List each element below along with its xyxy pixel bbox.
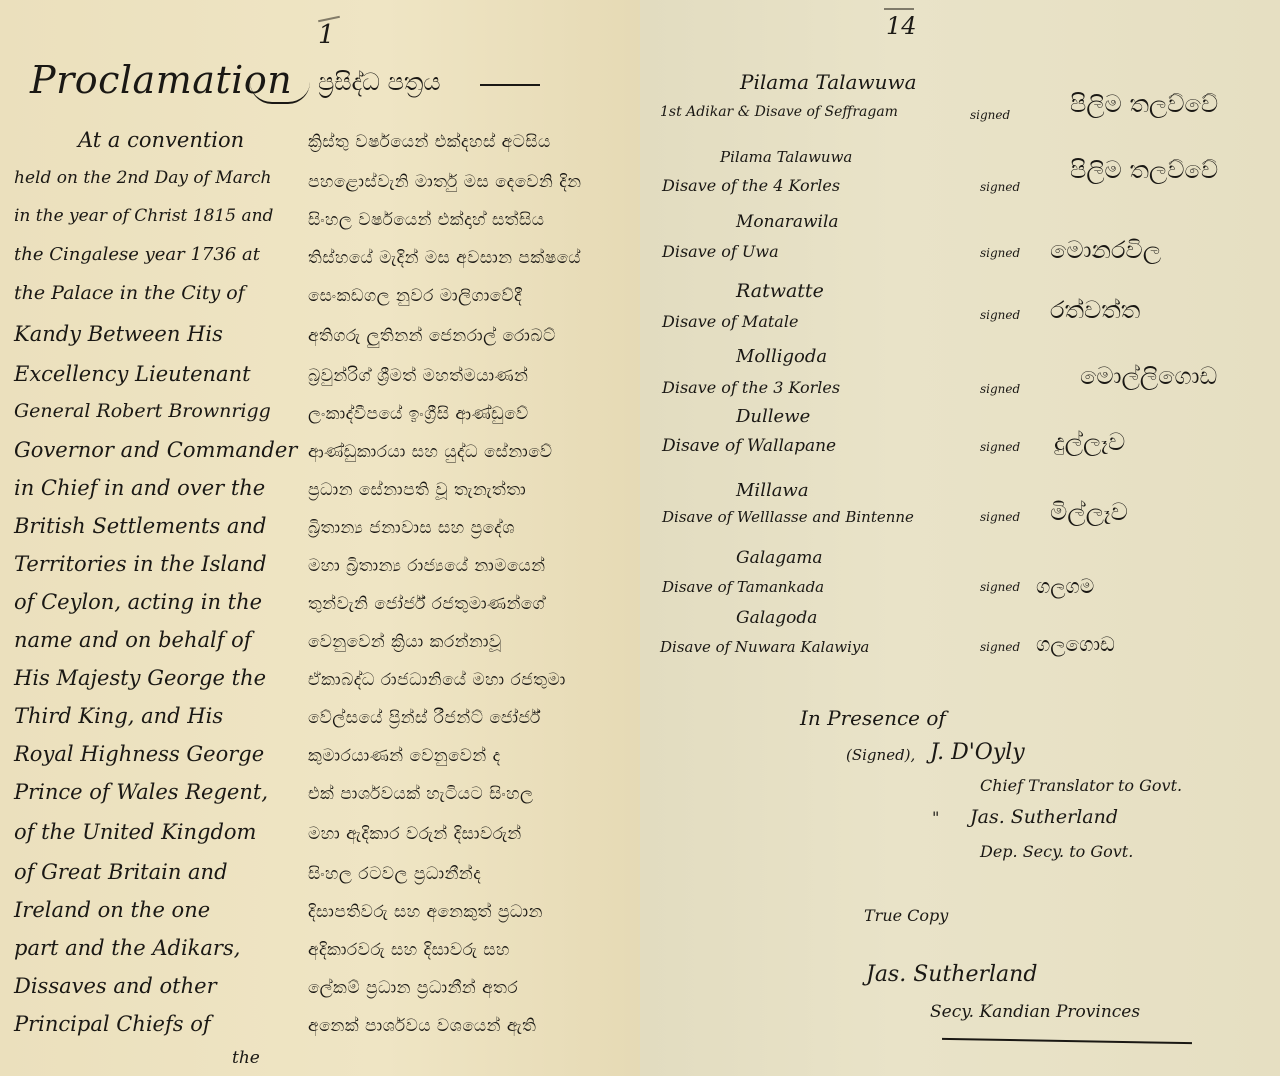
true-copy-label: True Copy xyxy=(864,906,948,925)
text-line: in the year of Christ 1815 and සිංහල වර්… xyxy=(14,206,634,246)
line-english: Prince of Wales Regent, xyxy=(14,780,268,804)
catchword: the xyxy=(232,1048,260,1068)
sinhala-signature: මොල්ලිගොඩ xyxy=(1080,362,1217,390)
text-line: Prince of Wales Regent, එක් පාර්ශවයක් හැ… xyxy=(14,780,634,820)
ditto-mark: " xyxy=(932,808,939,827)
line-sinhala: දිසාපතිවරු සහ අනෙකුත් ප්‍රධාන xyxy=(308,902,543,922)
line-english: of Great Britain and xyxy=(14,860,228,884)
line-english: part and the Adikars, xyxy=(14,936,240,960)
text-line: At a convention ක්‍රිස්තු වර්ෂයෙන් එක්දහ… xyxy=(14,128,634,168)
attestation-signature: Jas. Sutherland xyxy=(866,962,1037,987)
sinhala-signature: පිලිම තලව්වේ xyxy=(1070,156,1218,184)
line-sinhala: වෙනුවෙන් ක්‍රියා කරන්නාවූ xyxy=(308,632,502,652)
text-line: Royal Highness George කුමාරයාණන් වෙනුවෙන… xyxy=(14,742,634,782)
line-sinhala: අදිකාරවරු සහ දිසාවරු සහ xyxy=(308,940,510,960)
line-sinhala: එක් පාර්ශවයක් හැටියට සිංහල xyxy=(308,784,533,804)
line-english: At a convention xyxy=(78,128,244,152)
left-page: 1 Proclamation ප්‍රසිද්ධ පත්‍රය At a con… xyxy=(0,0,640,1076)
line-sinhala: මහා බ්‍රිතාන්‍ය රාජ්‍යයේ නාමයෙන් xyxy=(308,556,546,576)
line-sinhala: තුන්වැනි ජෝර්ජ් රජතුමාණන්ගේ xyxy=(308,594,545,614)
text-line: the Cingalese year 1736 at තිස්හයේ මැදින… xyxy=(14,244,634,284)
witness-heading: In Presence of xyxy=(800,706,946,730)
text-line: name and on behalf of වෙනුවෙන් ක්‍රියා ක… xyxy=(14,628,634,668)
signatory-name: Ratwatte xyxy=(736,280,824,302)
sinhala-signature: ගලගම xyxy=(1036,574,1094,598)
text-line: Principal Chiefs of අනෙක් පාර්ශවය වශයෙන්… xyxy=(14,1012,634,1052)
line-english: Governor and Commander xyxy=(14,438,297,462)
line-english: in Chief in and over the xyxy=(14,476,265,500)
signatory-title: Disave of Wallapane xyxy=(662,436,836,456)
signatory-name: Molligoda xyxy=(736,346,827,367)
line-english: the Cingalese year 1736 at xyxy=(14,244,260,265)
line-sinhala: ලේකම් ප්‍රධාන ප්‍රධානීන් අතර xyxy=(308,978,518,998)
signed-label: signed xyxy=(970,108,1010,122)
signed-label: (Signed), xyxy=(846,746,915,764)
text-line: of the United Kingdom මහා ඇදිකාර වරුන් ද… xyxy=(14,820,634,860)
page-title-sinhala: ප්‍රසිද්ධ පත්‍රය xyxy=(318,68,441,96)
text-line: Dissaves and other ලේකම් ප්‍රධාන ප්‍රධාන… xyxy=(14,974,634,1014)
line-english: British Settlements and xyxy=(14,514,266,538)
line-english: name and on behalf of xyxy=(14,628,252,652)
signatory-title: Disave of Welllasse and Bintenne xyxy=(662,508,914,526)
line-sinhala: සිංහල වර්ෂයෙන් එක්දාහ් සත්සිය xyxy=(308,210,544,230)
line-english: His Majesty George the xyxy=(14,666,266,690)
line-english: Principal Chiefs of xyxy=(14,1012,211,1036)
line-sinhala: ප්‍රධාන සේනාපති වූ තැනැත්තා xyxy=(308,480,526,500)
right-page: 14 Pilama Talawuwa 1st Adikar & Disave o… xyxy=(640,0,1280,1076)
witness-role: Dep. Secy. to Govt. xyxy=(980,842,1133,861)
signed-label: signed xyxy=(980,510,1020,524)
signed-label: signed xyxy=(980,382,1020,396)
signatory-title: Disave of the 4 Korles xyxy=(662,176,840,195)
signatory-name: Monarawila xyxy=(736,212,839,232)
text-line: Ireland on the one දිසාපතිවරු සහ අනෙකුත්… xyxy=(14,898,634,938)
signatory-title: 1st Adikar & Disave of Seffragam xyxy=(660,104,898,120)
line-english: of Ceylon, acting in the xyxy=(14,590,262,614)
signatory-name: Millawa xyxy=(736,480,809,501)
signed-label: signed xyxy=(980,308,1020,322)
line-sinhala: අතිගරු ලුතිනන් ජෙනරාල් රොබට් xyxy=(308,326,556,346)
line-sinhala: ලංකාද්වීපයේ ඉංග්‍රීසි ආණ්ඩුවේ xyxy=(308,404,529,424)
signed-label: signed xyxy=(980,246,1020,260)
text-line: in Chief in and over the ප්‍රධාන සේනාපති… xyxy=(14,476,634,516)
witness-name: Jas. Sutherland xyxy=(970,806,1118,828)
signatory-name: Galagoda xyxy=(736,608,817,628)
text-line: part and the Adikars, අදිකාරවරු සහ දිසාව… xyxy=(14,936,634,976)
signed-label: signed xyxy=(980,440,1020,454)
line-sinhala: බ්‍රවුන්රිග් ශ්‍රීමත් මහත්මයාණන් xyxy=(308,366,528,386)
line-sinhala: අනෙක් පාර්ශවය වශයෙන් ඇති xyxy=(308,1016,536,1036)
line-english: Kandy Between His xyxy=(14,322,223,346)
witness-name: J. D'Oyly xyxy=(930,740,1025,765)
line-sinhala: බ්‍රිතාන්‍ය ජනාවාස සහ ප්‍රදේශ xyxy=(308,518,515,538)
text-line: Territories in the Island මහා බ්‍රිතාන්‍… xyxy=(14,552,634,592)
line-english: Third King, and His xyxy=(14,704,223,728)
page-title-english: Proclamation xyxy=(30,58,292,102)
text-line: the Palace in the City of සෙංකඩගල නුවර ම… xyxy=(14,282,634,322)
signatory-title: Disave of the 3 Korles xyxy=(662,378,840,397)
signed-label: signed xyxy=(980,640,1020,654)
signed-label: signed xyxy=(980,180,1020,194)
signatory-title: Disave of Nuwara Kalawiya xyxy=(660,638,869,656)
text-line: Third King, and His වේල්සයේ ප්‍රින්ස් රී… xyxy=(14,704,634,744)
witness-role: Chief Translator to Govt. xyxy=(980,776,1182,795)
attestation-role: Secy. Kandian Provinces xyxy=(930,1002,1140,1022)
sinhala-signature: රත්වත්ත xyxy=(1050,296,1140,324)
signatory-name: Pilama Talawuwa xyxy=(720,148,852,166)
line-english: Royal Highness George xyxy=(14,742,264,766)
line-sinhala: පහළොස්වැනි මාර්තු මස දෙවෙනි දින xyxy=(308,172,582,192)
signatory-name: Dullewe xyxy=(736,406,810,427)
text-line: Kandy Between His අතිගරු ලුතිනන් ජෙනරාල්… xyxy=(14,322,634,362)
sinhala-signature: දුල්ලෑව xyxy=(1054,428,1125,456)
signatory-name: Galagama xyxy=(736,548,823,568)
sinhala-signature: මිල්ලෑව xyxy=(1050,498,1128,526)
line-sinhala: ඒකාබද්ධ රාජධානියේ මහා රජතුමා xyxy=(308,670,566,690)
line-english: Territories in the Island xyxy=(14,552,267,576)
text-line: of Great Britain and සිංහල රටවල ප්‍රධානී… xyxy=(14,860,634,900)
line-sinhala: මහා ඇදිකාර වරුන් දිසාවරුන් xyxy=(308,824,522,844)
line-sinhala: ආණ්ඩුකාරයා සහ යුද්ධ සේනාවේ xyxy=(308,442,553,462)
line-english: Excellency Lieutenant xyxy=(14,362,251,386)
page-number: 14 xyxy=(886,12,917,40)
line-sinhala: වේල්සයේ ප්‍රින්ස් රීජන්ට් ජෝර්ජ් xyxy=(308,708,541,728)
sinhala-signature: ගලගොඩ xyxy=(1036,632,1115,656)
text-line: Governor and Commander ආණ්ඩුකාරයා සහ යුද… xyxy=(14,438,634,478)
signatory-name: Pilama Talawuwa xyxy=(740,70,917,94)
line-sinhala: ක්‍රිස්තු වර්ෂයෙන් එක්දහස් අටසිය xyxy=(308,132,551,152)
line-english: the Palace in the City of xyxy=(14,282,245,304)
line-english: Ireland on the one xyxy=(14,898,210,922)
page-number-mark xyxy=(884,8,914,10)
page-number: 1 xyxy=(318,20,335,50)
line-sinhala: සෙංකඩගල නුවර මාලිගාවේදී xyxy=(308,286,522,306)
line-english: of the United Kingdom xyxy=(14,820,256,844)
line-sinhala: කුමාරයාණන් වෙනුවෙන් ද xyxy=(308,746,501,766)
line-english: General Robert Brownrigg xyxy=(14,400,271,422)
signature-underline xyxy=(942,1038,1192,1044)
line-english: Dissaves and other xyxy=(14,974,217,998)
signatory-title: Disave of Matale xyxy=(662,312,798,331)
title-tail-stroke xyxy=(480,84,540,86)
signatory-title: Disave of Uwa xyxy=(662,242,779,261)
text-line: His Majesty George the ඒකාබද්ධ රාජධානියේ… xyxy=(14,666,634,706)
sinhala-signature: පිලිම තලව්වේ xyxy=(1070,90,1218,118)
signed-label: signed xyxy=(980,580,1020,594)
text-line: held on the 2nd Day of March පහළොස්වැනි … xyxy=(14,168,634,208)
text-line: British Settlements and බ්‍රිතාන්‍ය ජනාව… xyxy=(14,514,634,554)
text-line: of Ceylon, acting in the තුන්වැනි ජෝර්ජ්… xyxy=(14,590,634,630)
line-english: held on the 2nd Day of March xyxy=(14,168,271,188)
sinhala-signature: මොනරවිල xyxy=(1050,236,1161,264)
line-sinhala: සිංහල රටවල ප්‍රධානීන්ද xyxy=(308,864,481,884)
signatory-title: Disave of Tamankada xyxy=(662,578,824,596)
manuscript-spread: 1 Proclamation ප්‍රසිද්ධ පත්‍රය At a con… xyxy=(0,0,1280,1076)
line-sinhala: තිස්හයේ මැදින් මස අවසාන පක්ෂයේ xyxy=(308,248,581,268)
text-line: Excellency Lieutenant බ්‍රවුන්රිග් ශ්‍රී… xyxy=(14,362,634,402)
line-english: in the year of Christ 1815 and xyxy=(14,206,273,226)
text-line: General Robert Brownrigg ලංකාද්වීපයේ ඉංග… xyxy=(14,400,634,440)
